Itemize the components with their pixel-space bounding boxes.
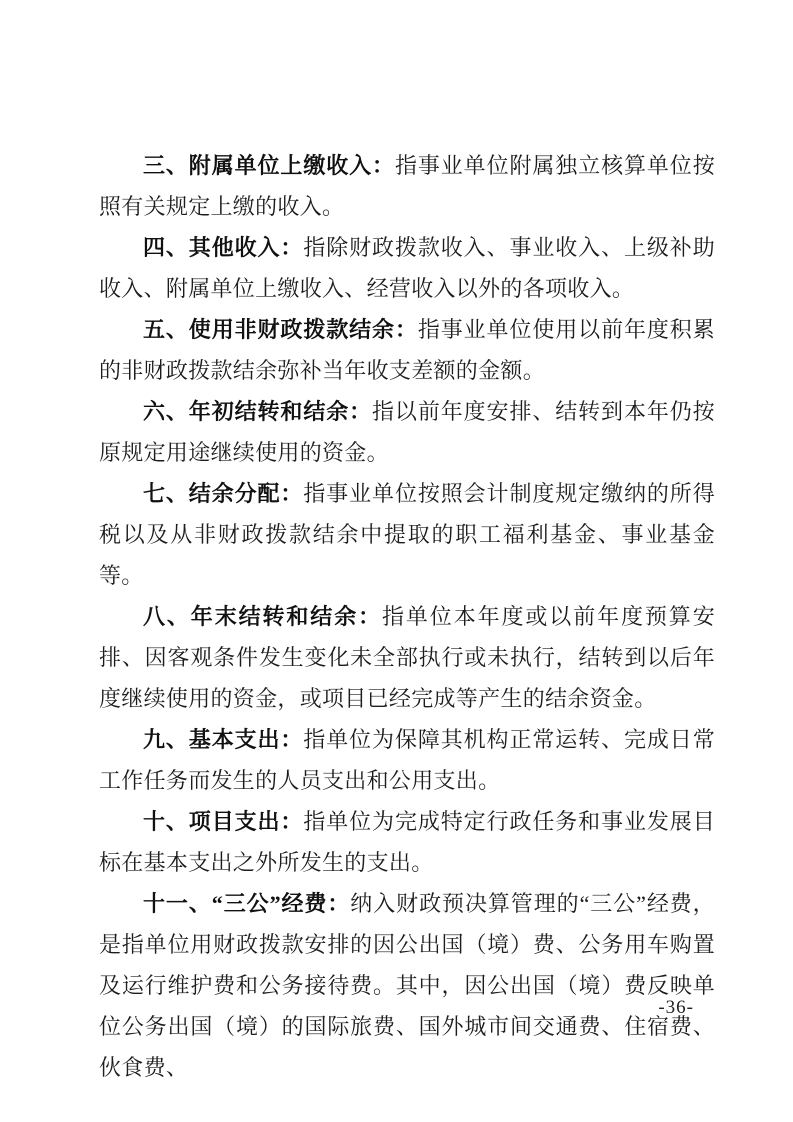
glossary-paragraph: 十、项目支出：指单位为完成特定行政任务和事业发展目标在基本支出之外所发生的支出。 bbox=[99, 801, 715, 883]
term-label: 十、项目支出： bbox=[143, 809, 303, 834]
term-label: 八、年末结转和结余： bbox=[143, 604, 382, 629]
term-label: 五、使用非财政拨款结余： bbox=[143, 317, 418, 342]
term-label: 十一、“三公”经费： bbox=[143, 891, 350, 916]
glossary-paragraph: 三、附属单位上缴收入：指事业单位附属独立核算单位按照有关规定上缴的收入。 bbox=[99, 145, 715, 227]
glossary-paragraph: 六、年初结转和结余：指以前年度安排、结转到本年仍按原规定用途继续使用的资金。 bbox=[99, 391, 715, 473]
term-label: 六、年初结转和结余： bbox=[143, 399, 372, 424]
glossary-paragraph: 七、结余分配：指事业单位按照会计制度规定缴纳的所得税以及从非财政拨款结余中提取的… bbox=[99, 473, 715, 596]
glossary-paragraph: 四、其他收入：指除财政拨款收入、事业收入、上级补助收入、附属单位上缴收入、经营收… bbox=[99, 227, 715, 309]
glossary-paragraph: 十一、“三公”经费：纳入财政预决算管理的“三公”经费，是指单位用财政拨款安排的因… bbox=[99, 883, 715, 1088]
glossary-text-block: 三、附属单位上缴收入：指事业单位附属独立核算单位按照有关规定上缴的收入。 四、其… bbox=[99, 145, 715, 1088]
glossary-paragraph: 八、年末结转和结余：指单位本年度或以前年度预算安排、因客观条件发生变化未全部执行… bbox=[99, 596, 715, 719]
term-label: 三、附属单位上缴收入： bbox=[143, 153, 395, 178]
term-label: 七、结余分配： bbox=[143, 481, 303, 506]
definition-text: 纳入财政预决算管理的“三公”经费，是指单位用财政拨款安排的因公出国（境）费、公务… bbox=[99, 891, 715, 1080]
term-label: 四、其他收入： bbox=[143, 235, 303, 260]
document-page: 三、附属单位上缴收入：指事业单位附属独立核算单位按照有关规定上缴的收入。 四、其… bbox=[0, 0, 793, 1122]
term-label: 九、基本支出： bbox=[143, 727, 303, 752]
glossary-paragraph: 五、使用非财政拨款结余：指事业单位使用以前年度积累的非财政拨款结余弥补当年收支差… bbox=[99, 309, 715, 391]
page-number: -36- bbox=[658, 995, 694, 1021]
glossary-paragraph: 九、基本支出：指单位为保障其机构正常运转、完成日常工作任务而发生的人员支出和公用… bbox=[99, 719, 715, 801]
